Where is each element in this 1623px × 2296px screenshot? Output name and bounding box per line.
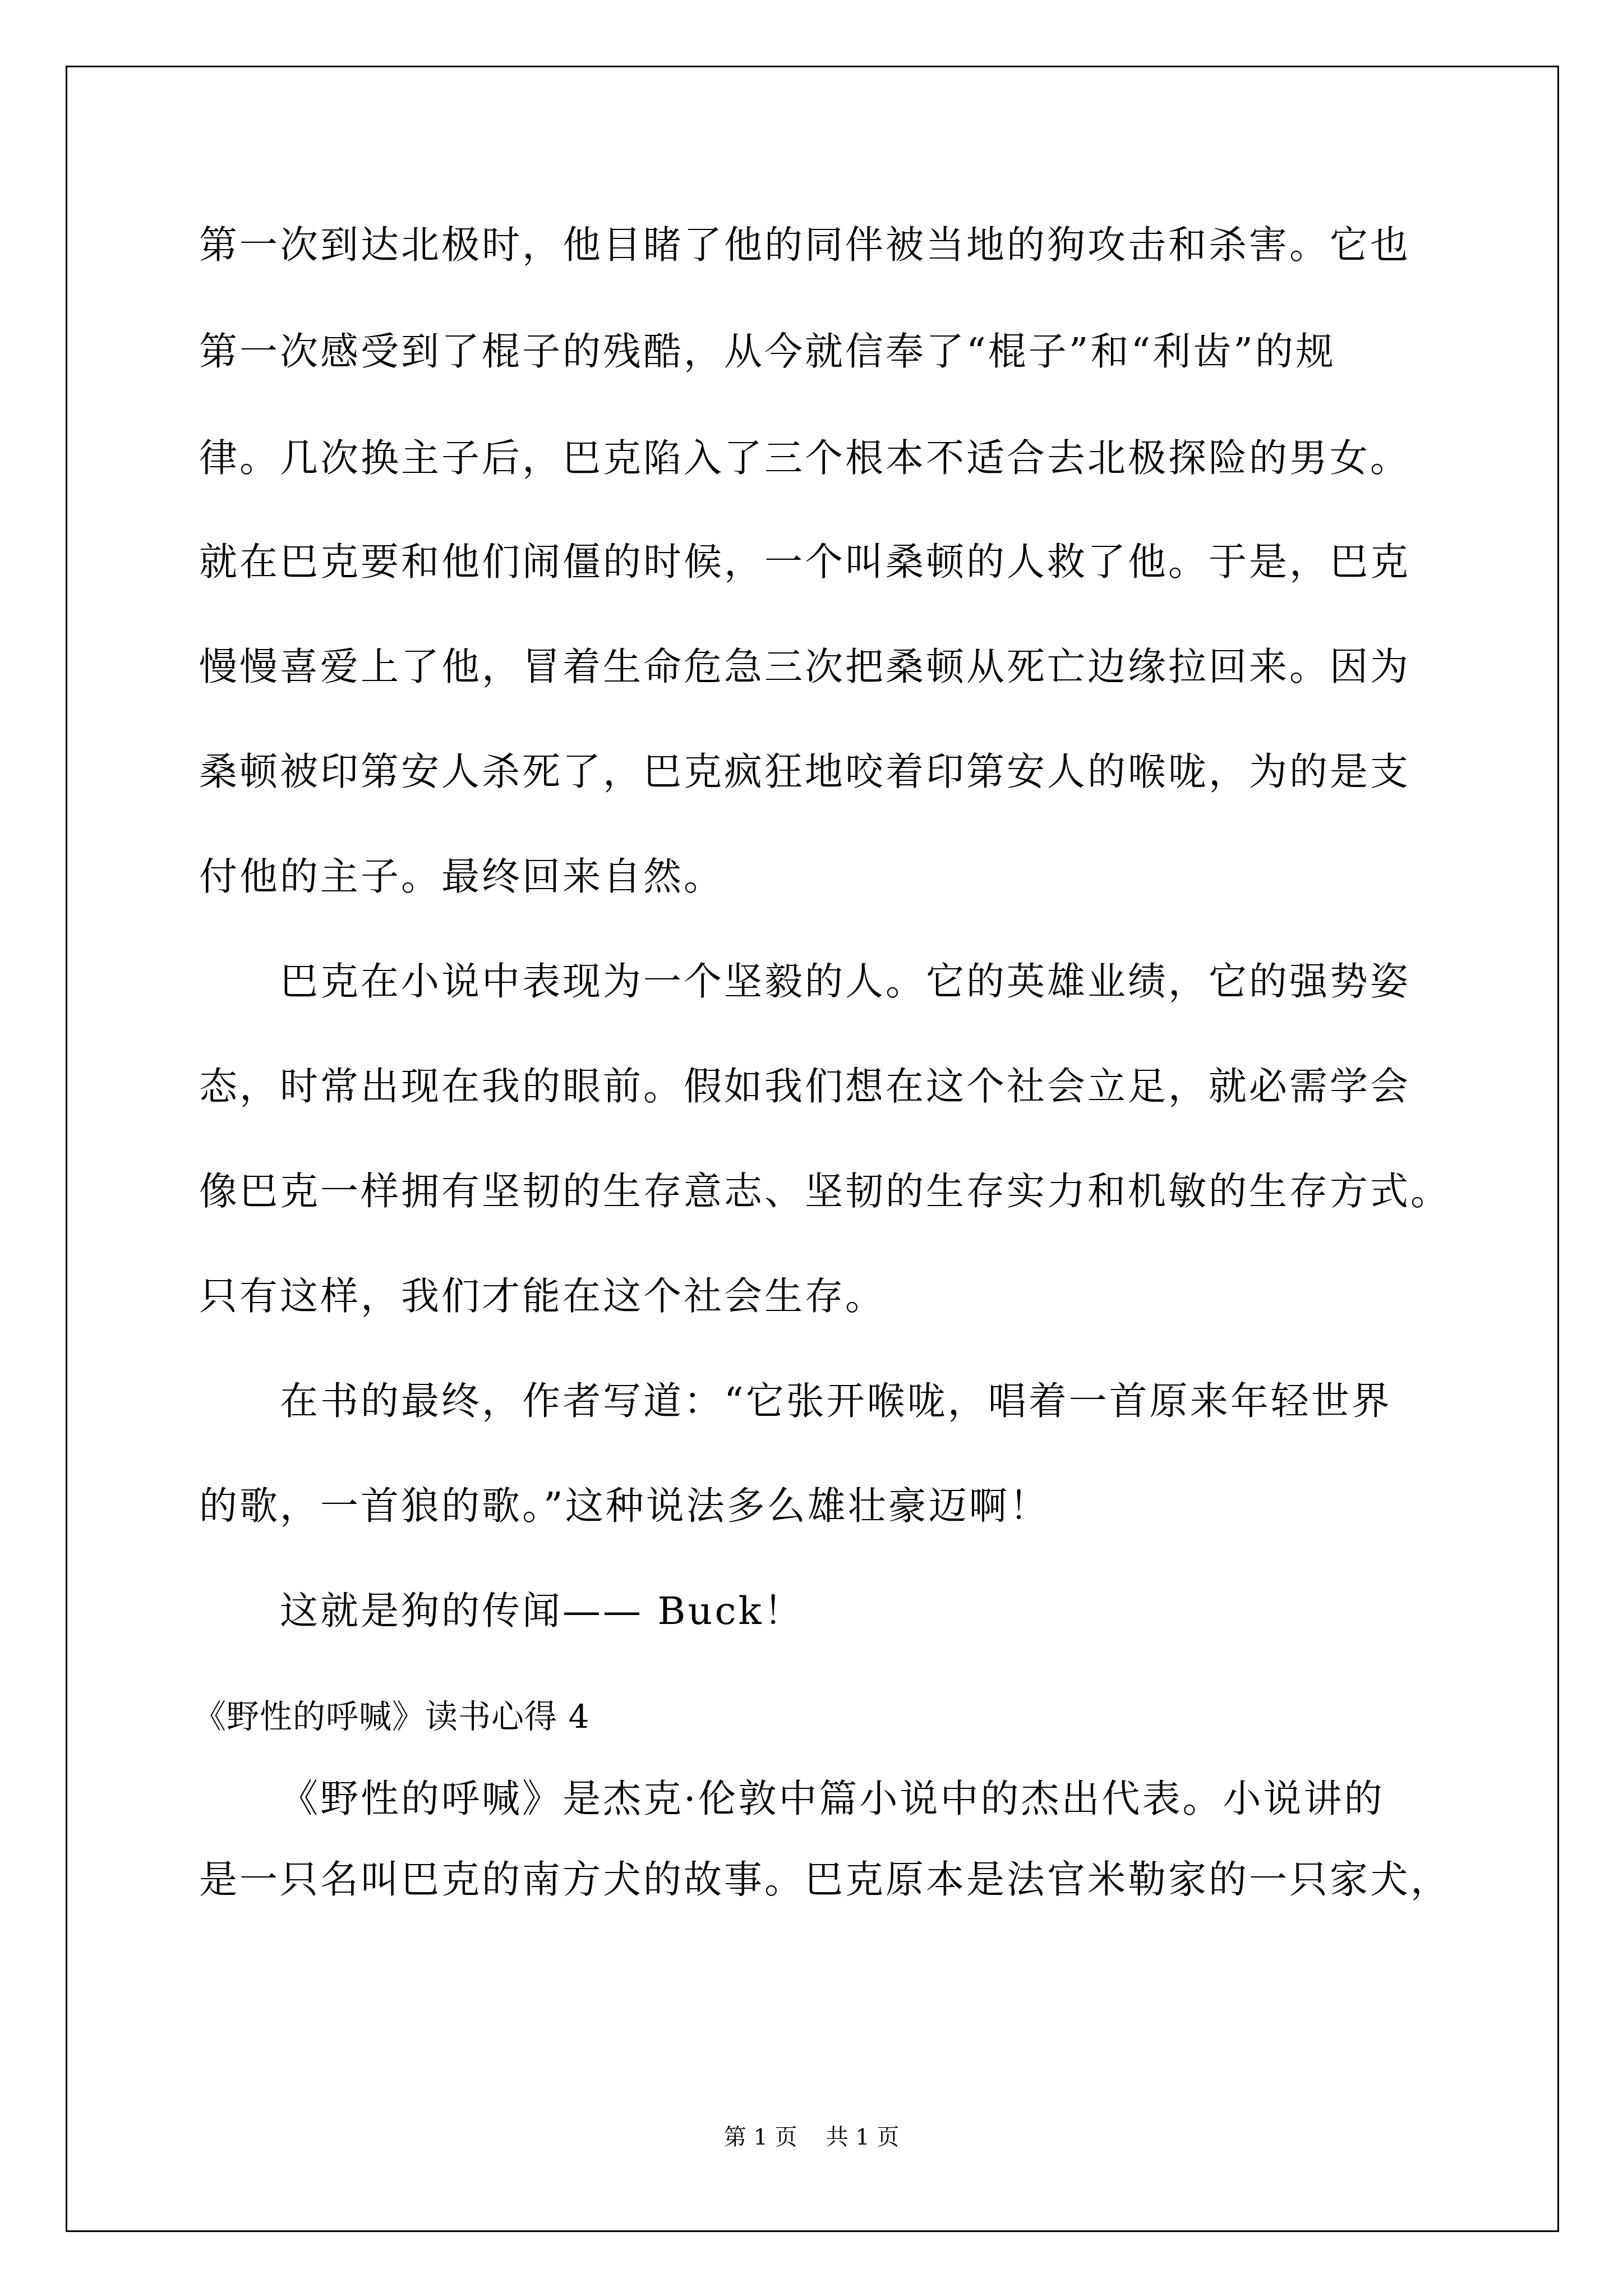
page-border [66,66,1559,2232]
body-line: 付他的主子。最终回来自然。 [199,855,724,900]
paragraph-start-line: 巴克在小说中表现为一个坚毅的人。它的英雄业绩，它的强势姿 [280,960,1410,1005]
body-line: 就在巴克要和他们闹僵的时候，一个叫桑顿的人救了他。于是，巴克 [199,540,1410,585]
body-line: 的歌，一首狼的歌。”这种说法多么雄壮豪迈啊！ [199,1484,1050,1529]
page-number-footer: 第 1 页 共 1 页 [0,2123,1623,2151]
body-line: 律。几次换主子后，巴克陷入了三个根本不适合去北极探险的男女。 [199,436,1410,481]
paragraph-start-line: 在书的最终，作者写道：“它张开喉咙，唱着一首原来年轻世界 [280,1379,1392,1424]
paragraph-start-line: 这就是狗的传闻—— Buck！ [280,1589,804,1634]
paragraph-start-line: 《野性的呼喊》是杰克·伦敦中篇小说中的杰出代表。小说讲的 [280,1777,1385,1822]
body-line: 桑顿被印第安人杀死了，巴克疯狂地咬着印第安人的喉咙，为的是支 [199,750,1410,795]
body-line: 慢慢喜爱上了他，冒着生命危急三次把桑顿从死亡边缘拉回来。因为 [199,645,1410,690]
body-line: 只有这样，我们才能在这个社会生存。 [199,1274,886,1319]
body-line: 第一次到达北极时，他目睹了他的同伴被当地的狗攻击和杀害。它也 [199,223,1410,268]
body-line: 态，时常出现在我的眼前。假如我们想在这个社会立足，就必需学会 [199,1065,1410,1110]
body-line: 第一次感受到了棍子的残酷，从今就信奉了“棍子”和“利齿”的规 [199,330,1336,375]
body-line: 是一只名叫巴克的南方犬的故事。巴克原本是法官米勒家的一只家犬， [199,1858,1451,1903]
section-heading: 《野性的呼喊》读书心得 4 [193,1697,589,1736]
body-line: 像巴克一样拥有坚韧的生存意志、坚韧的生存实力和机敏的生存方式。 [199,1170,1451,1214]
